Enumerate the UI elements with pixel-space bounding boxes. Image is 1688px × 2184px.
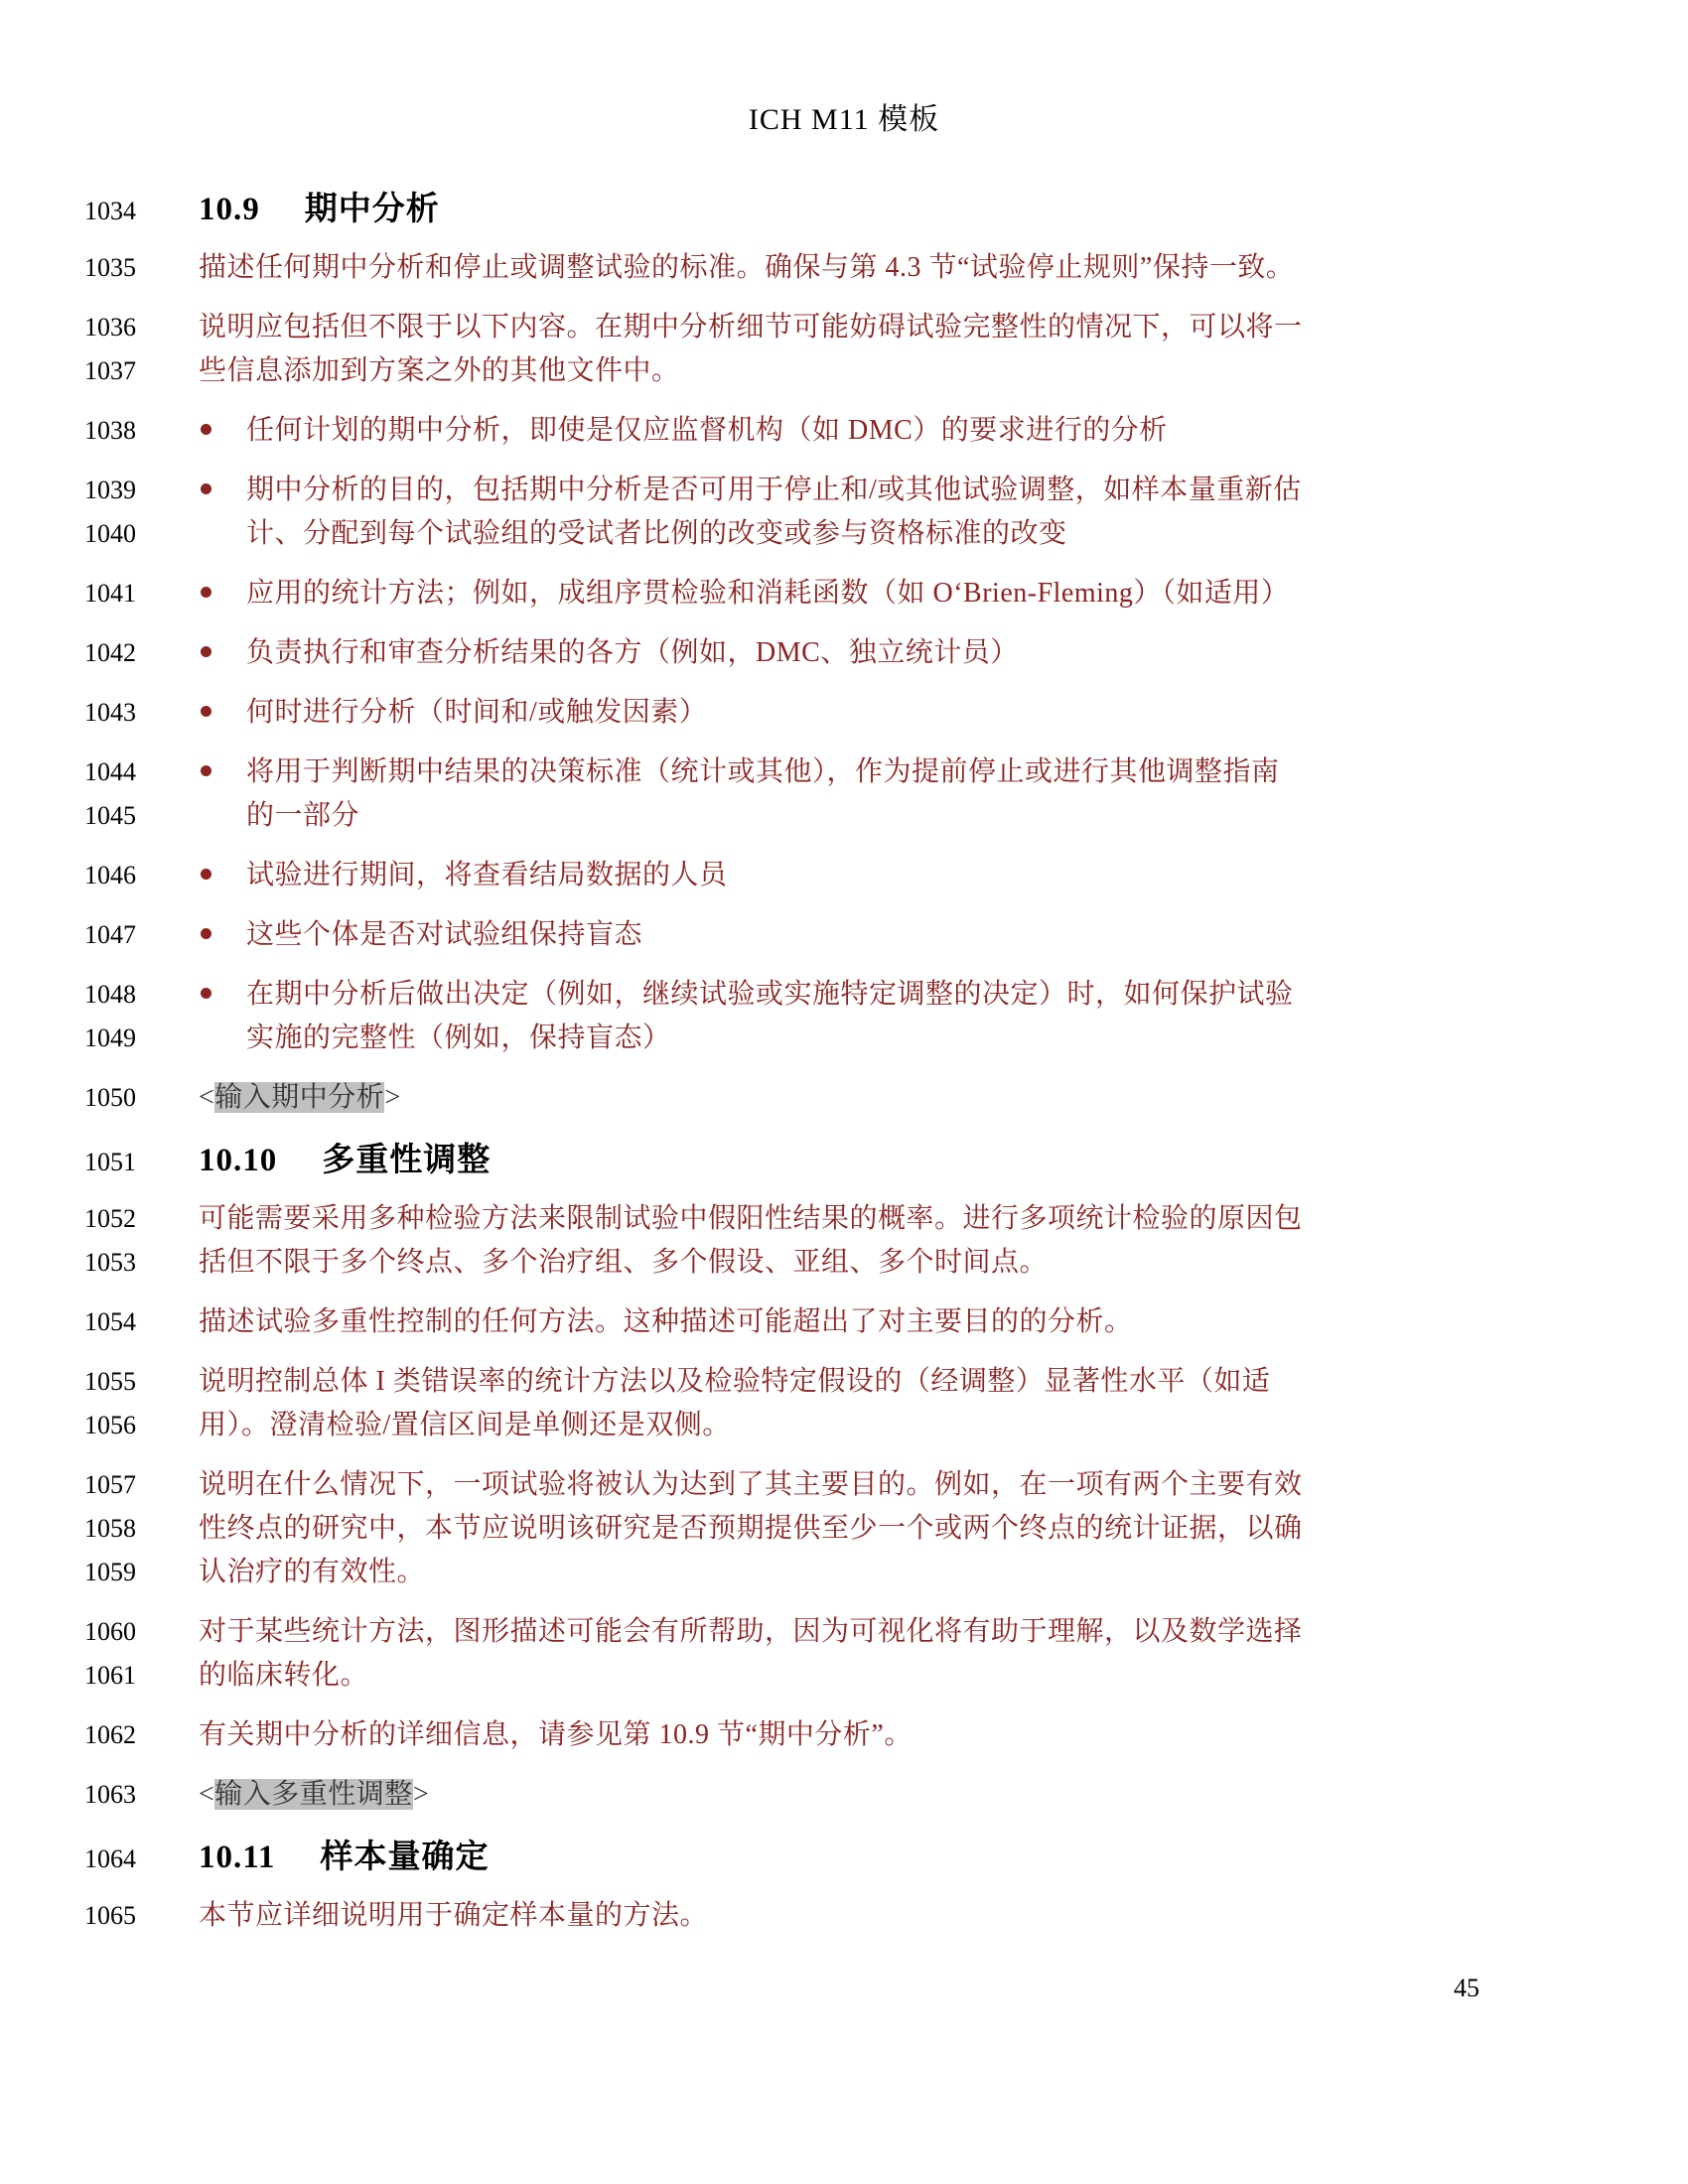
bullet-text: 将用于判断期中结果的决策标准（统计或其他），作为提前停止或进行其他调整指南: [199, 751, 1484, 794]
line-number: 1064: [84, 1838, 199, 1881]
paragraph-text: 认治疗的有效性。: [199, 1551, 1484, 1594]
line-row: 1048在期中分析后做出决定（例如，继续试验或实施特定调整的决定）时，如何保护试…: [84, 973, 1484, 1017]
line-row: 1063<输入多重性调整>: [84, 1773, 1484, 1817]
bullet-icon: [201, 988, 211, 999]
document-page: ICH M11 模板 103410.9期中分析1035描述任何期中分析和停止或调…: [0, 0, 1688, 2184]
line-row: 1059认治疗的有效性。: [84, 1551, 1484, 1594]
line-row: 1065本节应详细说明用于确定样本量的方法。: [84, 1894, 1484, 1938]
para-block: 1065本节应详细说明用于确定样本量的方法。: [84, 1894, 1484, 1938]
line-number: 1058: [84, 1507, 199, 1551]
line-number: 1065: [84, 1894, 199, 1938]
line-number: 1041: [84, 572, 199, 615]
section-title: 样本量确定: [320, 1840, 489, 1875]
line-number: 1042: [84, 631, 199, 675]
placeholder-text[interactable]: 输入期中分析: [214, 1082, 384, 1113]
bullet-icon: [201, 424, 211, 435]
line-number: 1057: [84, 1463, 199, 1507]
para-block: 1054描述试验多重性控制的任何方法。这种描述可能超出了对主要目的的分析。: [84, 1300, 1484, 1344]
line-number: 1061: [84, 1654, 199, 1698]
paragraph-text: 用）。澄清检验/置信区间是单侧还是双侧。: [199, 1404, 1484, 1447]
line-number: 1047: [84, 913, 199, 957]
placeholder-text[interactable]: 输入多重性调整: [214, 1779, 413, 1810]
line-number: 1050: [84, 1076, 199, 1120]
placeholder-field[interactable]: <输入多重性调整>: [199, 1773, 1484, 1817]
bullet-text: 实施的完整性（例如，保持盲态）: [199, 1017, 1484, 1060]
bullet-block: 1042负责执行和审查分析结果的各方（例如，DMC、独立统计员）: [84, 631, 1484, 675]
line-row: 1041应用的统计方法；例如，成组序贯检验和消耗函数（如 O‘Brien-Fle…: [84, 572, 1484, 615]
line-row: 1039期中分析的目的，包括期中分析是否可用于停止和/或其他试验调整，如样本量重…: [84, 469, 1484, 512]
line-row: 1057说明在什么情况下，一项试验将被认为达到了其主要目的。例如，在一项有两个主…: [84, 1463, 1484, 1507]
bullet-icon: [201, 928, 211, 939]
line-row: 1062有关期中分析的详细信息，请参见第 10.9 节“期中分析”。: [84, 1713, 1484, 1757]
bullet-icon: [201, 706, 211, 717]
line-row: 103410.9期中分析: [84, 185, 1484, 234]
line-row: 1058性终点的研究中，本节应说明该研究是否预期提供至少一个或两个终点的统计证据…: [84, 1507, 1484, 1551]
para-block: 1057说明在什么情况下，一项试验将被认为达到了其主要目的。例如，在一项有两个主…: [84, 1463, 1484, 1594]
section-heading: 10.10多重性调整: [199, 1136, 1484, 1185]
line-row: 1052可能需要采用多种检验方法来限制试验中假阳性结果的概率。进行多项统计检验的…: [84, 1197, 1484, 1241]
line-row: 1040计、分配到每个试验组的受试者比例的改变或参与资格标准的改变: [84, 512, 1484, 556]
bullet-text: 负责执行和审查分析结果的各方（例如，DMC、独立统计员）: [199, 631, 1484, 675]
line-number: 1052: [84, 1197, 199, 1241]
line-number: 1044: [84, 751, 199, 794]
line-number: 1037: [84, 349, 199, 393]
line-number: 1063: [84, 1773, 199, 1817]
bullet-block: 1048在期中分析后做出决定（例如，继续试验或实施特定调整的决定）时，如何保护试…: [84, 973, 1484, 1060]
line-row: 1038任何计划的期中分析，即使是仅应监督机构（如 DMC）的要求进行的分析: [84, 409, 1484, 453]
section-title: 期中分析: [305, 192, 440, 227]
line-number: 1049: [84, 1017, 199, 1060]
section-number: 10.10: [199, 1143, 277, 1178]
bullet-text: 计、分配到每个试验组的受试者比例的改变或参与资格标准的改变: [199, 512, 1484, 556]
line-row: 1061的临床转化。: [84, 1654, 1484, 1698]
line-row: 1056用）。澄清检验/置信区间是单侧还是双侧。: [84, 1404, 1484, 1447]
bullet-text: 应用的统计方法；例如，成组序贯检验和消耗函数（如 O‘Brien-Fleming…: [199, 572, 1484, 615]
line-number: 1056: [84, 1404, 199, 1447]
line-number: 1036: [84, 306, 199, 349]
line-row: 1036说明应包括但不限于以下内容。在期中分析细节可能妨碍试验完整性的情况下，可…: [84, 306, 1484, 349]
paragraph-text: 性终点的研究中，本节应说明该研究是否预期提供至少一个或两个终点的统计证据，以确: [199, 1507, 1484, 1551]
bullet-icon: [201, 587, 211, 598]
line-number: 1043: [84, 691, 199, 735]
line-number: 1039: [84, 469, 199, 512]
section-heading: 10.11样本量确定: [199, 1833, 1484, 1882]
bullet-icon: [201, 646, 211, 657]
line-row: 1037些信息添加到方案之外的其他文件中。: [84, 349, 1484, 393]
page-header-title: ICH M11 模板: [0, 94, 1688, 138]
placeholder-block: 1063<输入多重性调整>: [84, 1773, 1484, 1817]
section-heading-block: 103410.9期中分析: [84, 185, 1484, 234]
para-block: 1052可能需要采用多种检验方法来限制试验中假阳性结果的概率。进行多项统计检验的…: [84, 1197, 1484, 1285]
bullet-block: 1043何时进行分析（时间和/或触发因素）: [84, 691, 1484, 735]
para-block: 1062有关期中分析的详细信息，请参见第 10.9 节“期中分析”。: [84, 1713, 1484, 1757]
line-number: 1054: [84, 1300, 199, 1344]
para-block: 1055说明控制总体 I 类错误率的统计方法以及检验特定假设的（经调整）显著性水…: [84, 1360, 1484, 1447]
bullet-icon: [201, 765, 211, 776]
paragraph-text: 些信息添加到方案之外的其他文件中。: [199, 349, 1484, 393]
bullet-text: 在期中分析后做出决定（例如，继续试验或实施特定调整的决定）时，如何保护试验: [199, 973, 1484, 1017]
page-number: 45: [84, 1974, 1479, 2003]
line-number: 1035: [84, 246, 199, 290]
line-row: 106410.11样本量确定: [84, 1833, 1484, 1882]
paragraph-text: 可能需要采用多种检验方法来限制试验中假阳性结果的概率。进行多项统计检验的原因包: [199, 1197, 1484, 1241]
line-row: 1050<输入期中分析>: [84, 1076, 1484, 1120]
line-number: 1034: [84, 190, 199, 233]
bullet-block: 1041应用的统计方法；例如，成组序贯检验和消耗函数（如 O‘Brien-Fle…: [84, 572, 1484, 615]
line-number: 1055: [84, 1360, 199, 1404]
bullet-text: 期中分析的目的，包括期中分析是否可用于停止和/或其他试验调整，如样本量重新估: [199, 469, 1484, 512]
para-block: 1036说明应包括但不限于以下内容。在期中分析细节可能妨碍试验完整性的情况下，可…: [84, 306, 1484, 393]
bullet-icon: [201, 483, 211, 494]
line-row: 1049实施的完整性（例如，保持盲态）: [84, 1017, 1484, 1060]
line-number: 1048: [84, 973, 199, 1017]
line-number: 1038: [84, 409, 199, 453]
line-number: 1062: [84, 1713, 199, 1757]
paragraph-text: 说明应包括但不限于以下内容。在期中分析细节可能妨碍试验完整性的情况下，可以将一: [199, 306, 1484, 349]
bullet-text: 这些个体是否对试验组保持盲态: [199, 913, 1484, 957]
placeholder-block: 1050<输入期中分析>: [84, 1076, 1484, 1120]
line-number: 1040: [84, 512, 199, 556]
bullet-text: 何时进行分析（时间和/或触发因素）: [199, 691, 1484, 735]
paragraph-text: 描述任何期中分析和停止或调整试验的标准。确保与第 4.3 节“试验停止规则”保持…: [199, 246, 1484, 290]
bullet-text: 任何计划的期中分析，即使是仅应监督机构（如 DMC）的要求进行的分析: [199, 409, 1484, 453]
para-block: 1035描述任何期中分析和停止或调整试验的标准。确保与第 4.3 节“试验停止规…: [84, 246, 1484, 290]
bullet-block: 1047这些个体是否对试验组保持盲态: [84, 913, 1484, 957]
section-heading-block: 105110.10多重性调整: [84, 1136, 1484, 1185]
line-number: 1059: [84, 1551, 199, 1594]
line-row: 1054描述试验多重性控制的任何方法。这种描述可能超出了对主要目的的分析。: [84, 1300, 1484, 1344]
paragraph-text: 对于某些统计方法，图形描述可能会有所帮助，因为可视化将有助于理解，以及数学选择: [199, 1610, 1484, 1654]
line-row: 1042负责执行和审查分析结果的各方（例如，DMC、独立统计员）: [84, 631, 1484, 675]
line-number: 1046: [84, 854, 199, 897]
section-heading: 10.9期中分析: [199, 185, 1484, 234]
section-title: 多重性调整: [322, 1143, 491, 1178]
line-row: 1060对于某些统计方法，图形描述可能会有所帮助，因为可视化将有助于理解，以及数…: [84, 1610, 1484, 1654]
line-row: 1053括但不限于多个终点、多个治疗组、多个假设、亚组、多个时间点。: [84, 1241, 1484, 1285]
section-number: 10.9: [199, 192, 260, 227]
line-row: 1047这些个体是否对试验组保持盲态: [84, 913, 1484, 957]
paragraph-text: 括但不限于多个终点、多个治疗组、多个假设、亚组、多个时间点。: [199, 1241, 1484, 1285]
bullet-block: 1046试验进行期间，将查看结局数据的人员: [84, 854, 1484, 897]
line-number: 1060: [84, 1610, 199, 1654]
line-row: 1044将用于判断期中结果的决策标准（统计或其他），作为提前停止或进行其他调整指…: [84, 751, 1484, 794]
bullet-text: 的一部分: [199, 794, 1484, 838]
paragraph-text: 的临床转化。: [199, 1654, 1484, 1698]
line-row: 105110.10多重性调整: [84, 1136, 1484, 1185]
para-block: 1060对于某些统计方法，图形描述可能会有所帮助，因为可视化将有助于理解，以及数…: [84, 1610, 1484, 1698]
section-heading-block: 106410.11样本量确定: [84, 1833, 1484, 1882]
bullet-text: 试验进行期间，将查看结局数据的人员: [199, 854, 1484, 897]
paragraph-text: 说明控制总体 I 类错误率的统计方法以及检验特定假设的（经调整）显著性水平（如适: [199, 1360, 1484, 1404]
paragraph-text: 描述试验多重性控制的任何方法。这种描述可能超出了对主要目的的分析。: [199, 1300, 1484, 1344]
paragraph-text: 说明在什么情况下，一项试验将被认为达到了其主要目的。例如，在一项有两个主要有效: [199, 1463, 1484, 1507]
section-number: 10.11: [199, 1840, 275, 1875]
line-number: 1045: [84, 794, 199, 838]
line-row: 1035描述任何期中分析和停止或调整试验的标准。确保与第 4.3 节“试验停止规…: [84, 246, 1484, 290]
line-row: 1046试验进行期间，将查看结局数据的人员: [84, 854, 1484, 897]
line-number: 1053: [84, 1241, 199, 1285]
placeholder-field[interactable]: <输入期中分析>: [199, 1076, 1484, 1120]
paragraph-text: 本节应详细说明用于确定样本量的方法。: [199, 1894, 1484, 1938]
bullet-block: 1038任何计划的期中分析，即使是仅应监督机构（如 DMC）的要求进行的分析: [84, 409, 1484, 453]
line-row: 1043何时进行分析（时间和/或触发因素）: [84, 691, 1484, 735]
bullet-icon: [201, 869, 211, 880]
paragraph-text: 有关期中分析的详细信息，请参见第 10.9 节“期中分析”。: [199, 1713, 1484, 1757]
bullet-block: 1039期中分析的目的，包括期中分析是否可用于停止和/或其他试验调整，如样本量重…: [84, 469, 1484, 556]
line-row: 1045的一部分: [84, 794, 1484, 838]
bullet-block: 1044将用于判断期中结果的决策标准（统计或其他），作为提前停止或进行其他调整指…: [84, 751, 1484, 838]
line-row: 1055说明控制总体 I 类错误率的统计方法以及检验特定假设的（经调整）显著性水…: [84, 1360, 1484, 1404]
document-body: 103410.9期中分析1035描述任何期中分析和停止或调整试验的标准。确保与第…: [84, 177, 1484, 1954]
line-number: 1051: [84, 1141, 199, 1184]
